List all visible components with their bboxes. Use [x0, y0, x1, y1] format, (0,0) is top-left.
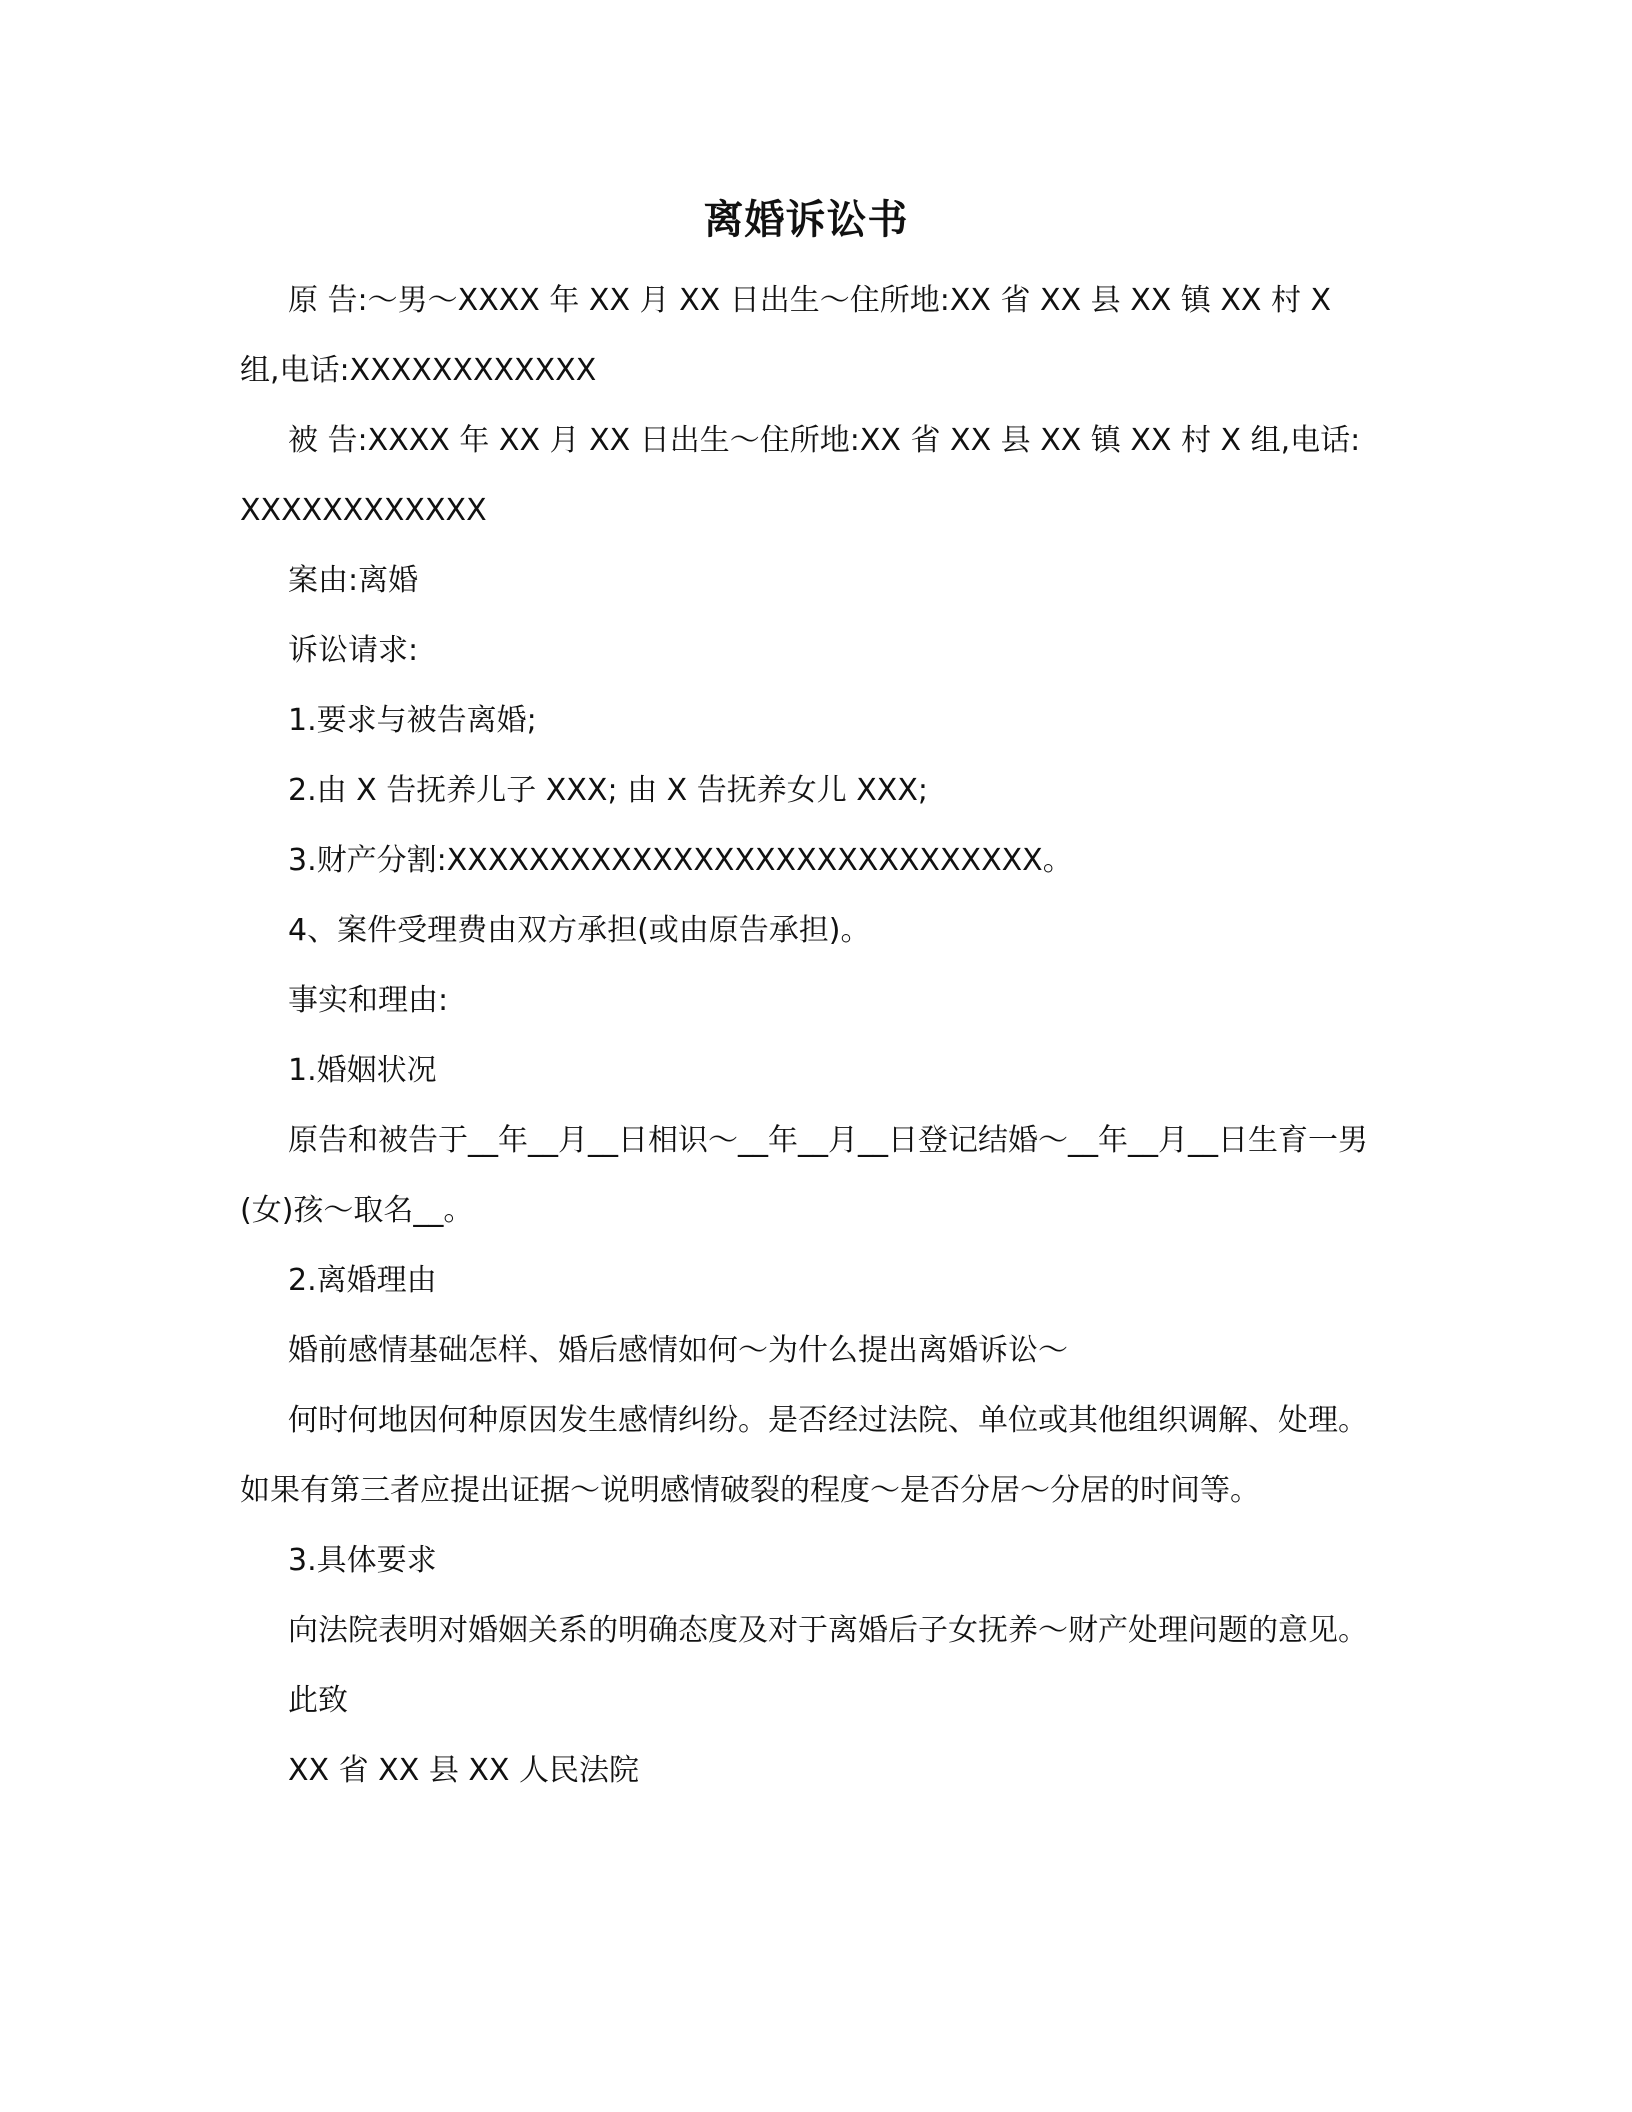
plaintiff-info: 原 告:～男～XXXX 年 XX 月 XX 日出生～住所地:XX 省 XX 县 … — [240, 266, 1372, 406]
defendant-info: 被 告:XXXX 年 XX 月 XX 日出生～住所地:XX 省 XX 县 XX … — [240, 406, 1372, 546]
section-heading: 3.具体要求 — [240, 1526, 1372, 1596]
section-heading: 2.离婚理由 — [240, 1246, 1372, 1316]
section-body: 婚前感情基础怎样、婚后感情如何～为什么提出离婚诉讼～ — [240, 1316, 1372, 1386]
section-body: 原告和被告于__年__月__日相识～__年__月__日登记结婚～__年__月__… — [240, 1106, 1372, 1246]
court-addressee: XX 省 XX 县 XX 人民法院 — [240, 1736, 1372, 1806]
claim-item: 4、案件受理费由双方承担(或由原告承担)。 — [240, 896, 1372, 966]
section-heading: 1.婚姻状况 — [240, 1036, 1372, 1106]
closing-salutation: 此致 — [240, 1666, 1372, 1736]
section-body: 向法院表明对婚姻关系的明确态度及对于离婚后子女抚养～财产处理问题的意见。 — [240, 1596, 1372, 1666]
document-body: 原 告:～男～XXXX 年 XX 月 XX 日出生～住所地:XX 省 XX 县 … — [240, 266, 1372, 1806]
facts-heading: 事实和理由: — [240, 966, 1372, 1036]
case-cause: 案由:离婚 — [240, 546, 1372, 616]
section-body: 何时何地因何种原因发生感情纠纷。是否经过法院、单位或其他组织调解、处理。如果有第… — [240, 1386, 1372, 1526]
claim-item: 2.由 X 告抚养儿子 XXX; 由 X 告抚养女儿 XXX; — [240, 756, 1372, 826]
claim-item: 1.要求与被告离婚; — [240, 686, 1372, 756]
claim-item: 3.财产分割:XXXXXXXXXXXXXXXXXXXXXXXXXXXXX。 — [240, 826, 1372, 896]
document-title: 离婚诉讼书 — [240, 190, 1372, 250]
claims-heading: 诉讼请求: — [240, 616, 1372, 686]
